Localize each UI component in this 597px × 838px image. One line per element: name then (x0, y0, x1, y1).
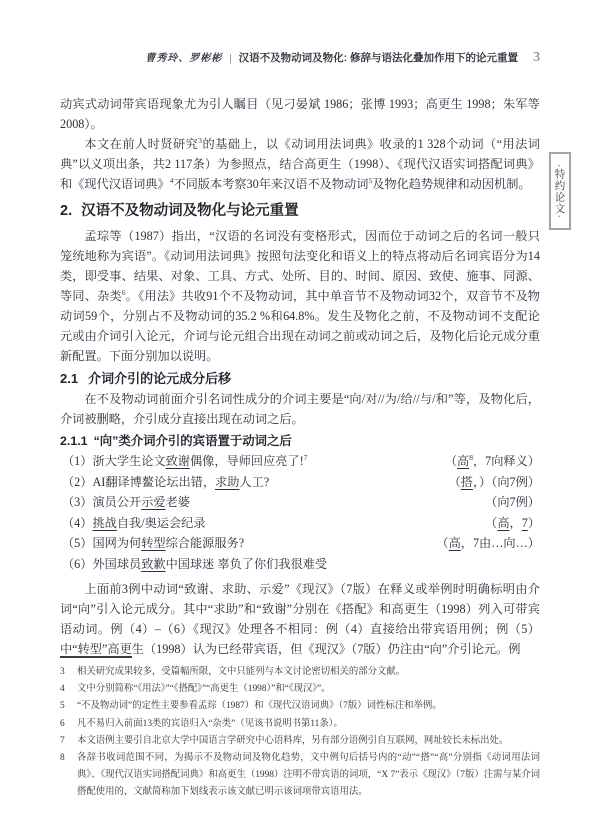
example-label: （2） (62, 475, 92, 489)
example-text: （6）外国球员致歉中国球迷 辜负了你们我很难受 (60, 554, 327, 575)
example-text: （2）AI翻译博鳌论坛出错，求助人工? (60, 472, 269, 493)
section-number: 2.1 (60, 371, 78, 386)
section-title: 介词介引的论元成分后移 (88, 371, 231, 386)
paragraph-discussion: 上面前3例中动词“致谢、求助、示爱”《现汉》（7版）在释义或举例时明确标明由介词… (60, 579, 540, 659)
footnote-item: 5 “不及物动词”的定性主要参看孟琮（1987）和《现代汉语词典》（7版）词性标… (60, 698, 540, 715)
section-number: 2. (60, 203, 72, 219)
example-label: （5） (62, 536, 92, 550)
example-sentence: 外国球员致歉中国球迷 辜负了你们我很难受 (92, 557, 327, 571)
special-column-tab: ·特约论文· (549, 152, 571, 230)
header-authors: 曹秀玲、罗彬彬 (145, 49, 222, 64)
section-heading-2-1: 2.1介词介引的论元成分后移 (60, 371, 540, 387)
header-divider: | (229, 52, 231, 64)
example-item: （3）演员公开示爱老婆 （向7例） (60, 492, 540, 513)
footnote-item: 7 本文语例主要引自北京大学中国语言学研究中心语料库，另有部分语例引自互联网，网… (60, 733, 540, 750)
footnote-text: 本文语例主要引自北京大学中国语言学研究中心语料库，另有部分语例引自互联网，网址较… (77, 733, 540, 750)
section-title: “向”类介词介引的宾语置于动词之后 (94, 434, 292, 448)
example-source-note: （向7例） (477, 492, 540, 513)
footnote-number: 7 (60, 733, 69, 750)
paragraph-continuation: 动宾式动词带宾语现象尤为引人瞩目（见刁晏斌 1986；张博 1993；高更生 1… (60, 94, 540, 134)
example-source-note: （高8，7向释义） (437, 451, 540, 472)
example-sentence: 浙大学生论文致谢偶像，导师回应亮了!7 (92, 454, 307, 468)
example-text: （5）国网为何转型综合能源服务? (60, 533, 244, 554)
example-label: （6） (62, 557, 92, 571)
example-label: （3） (62, 495, 92, 509)
footnote-item: 4 文中分别简称“《用法》”“《搭配》”“高更生（1998）”和“《现汉》”。 (60, 681, 540, 698)
footnotes: 3 相关研究成果较多，受篇幅所限，文中只能列与本文讨论密切相关的部分文献。 4 … (60, 656, 540, 802)
example-sentence: 挑战自我/奥运会纪录 (92, 516, 205, 530)
header-article-title: 汉语不及物动词及物化: 修辞与语法化叠加作用下的论元重置 (239, 50, 518, 65)
example-source-note: （高，7由…向…） (428, 533, 540, 554)
section-heading-2-1-1: 2.1.1“向”类介词介引的宾语置于动词之后 (60, 434, 540, 449)
example-source-note: （搭，）（向7例） (441, 472, 540, 493)
footnote-text: “不及物动词”的定性主要参看孟琮（1987）和《现代汉语词典》（7版）词性标注和… (77, 698, 540, 715)
footnote-item: 3 相关研究成果较多，受篇幅所限，文中只能列与本文讨论密切相关的部分文献。 (60, 664, 540, 681)
example-item: （5）国网为何转型综合能源服务? （高，7由…向…） (60, 533, 540, 554)
example-label: （1） (62, 454, 92, 468)
example-item: （1）浙大学生论文致谢偶像，导师回应亮了!7 （高8，7向释义） (60, 451, 540, 472)
paragraph-section2-1: 在不及物动词前面介引名词性成分的介词主要是“向/对//为/给//与/和”等，及物… (60, 389, 540, 429)
example-item: （6）外国球员致歉中国球迷 辜负了你们我很难受 (60, 554, 540, 575)
footnote-number: 5 (60, 698, 69, 715)
footnote-text: 文中分别简称“《用法》”“《搭配》”“高更生（1998）”和“《现汉》”。 (77, 681, 540, 698)
footnote-item: 8 各辞书收词范围不同，为揭示不及物动词及物化趋势，文中例句后括号内的“动”“搭… (60, 750, 540, 802)
paragraph-intro: 本文在前人时贤研究3的基础上，以《动词用法词典》收录的1 328个动词（“用法词… (60, 134, 540, 194)
example-text: （4）挑战自我/奥运会纪录 (60, 513, 206, 534)
example-item: （2）AI翻译博鳌论坛出错，求助人工? （搭，）（向7例） (60, 472, 540, 493)
example-text: （1）浙大学生论文致谢偶像，导师回应亮了!7 (60, 451, 307, 472)
example-label: （4） (62, 516, 92, 530)
paragraph-section2: 孟琮等（1987）指出，“汉语的名词没有变格形式，因而位于动词之后的名词一般只笼… (60, 226, 540, 366)
paper-page: 曹秀玲、罗彬彬 | 汉语不及物动词及物化: 修辞与语法化叠加作用下的论元重置 3… (0, 0, 597, 838)
footnote-number: 4 (60, 681, 69, 698)
example-sentence: 国网为何转型综合能源服务? (92, 536, 244, 550)
running-header: 曹秀玲、罗彬彬 | 汉语不及物动词及物化: 修辞与语法化叠加作用下的论元重置 3 (60, 49, 540, 66)
footnote-item: 6 凡不易归入前面13类的宾语归入“杂类”（见该书说明书第11条）。 (60, 716, 540, 733)
footnote-text: 各辞书收词范围不同，为揭示不及物动词及物化趋势，文中例句后括号内的“动”“搭”“… (77, 750, 540, 802)
example-text: （3）演员公开示爱老婆 (60, 492, 190, 513)
footnote-text: 凡不易归入前面13类的宾语归入“杂类”（见该书说明书第11条）。 (77, 716, 540, 733)
example-source-note (532, 554, 540, 575)
footnote-number: 6 (60, 716, 69, 733)
footnote-text: 相关研究成果较多，受篇幅所限，文中只能列与本文讨论密切相关的部分文献。 (77, 664, 540, 681)
section-title: 汉语不及物动词及物化与论元重置 (81, 203, 299, 219)
header-text-group: 曹秀玲、罗彬彬 | 汉语不及物动词及物化: 修辞与语法化叠加作用下的论元重置 (145, 49, 518, 65)
example-sentence: 演员公开示爱老婆 (92, 495, 190, 509)
special-column-label: ·特约论文· (553, 164, 568, 219)
section-heading-2: 2.汉语不及物动词及物化与论元重置 (60, 202, 540, 221)
section-number: 2.1.1 (60, 434, 88, 448)
example-item: （4）挑战自我/奥运会纪录 （高，7） (60, 513, 540, 534)
article-body: 动宾式动词带宾语现象尤为引人瞩目（见刁晏斌 1986；张博 1993；高更生 1… (60, 94, 540, 659)
example-list: （1）浙大学生论文致谢偶像，导师回应亮了!7 （高8，7向释义） （2）AI翻译… (60, 451, 540, 574)
footnote-number: 8 (60, 750, 69, 802)
footnote-number: 3 (60, 664, 69, 681)
example-source-note: （高，7） (477, 513, 540, 534)
example-sentence: AI翻译博鳌论坛出错，求助人工? (92, 475, 269, 489)
page-number: 3 (533, 50, 540, 66)
footnote-separator (60, 656, 132, 658)
